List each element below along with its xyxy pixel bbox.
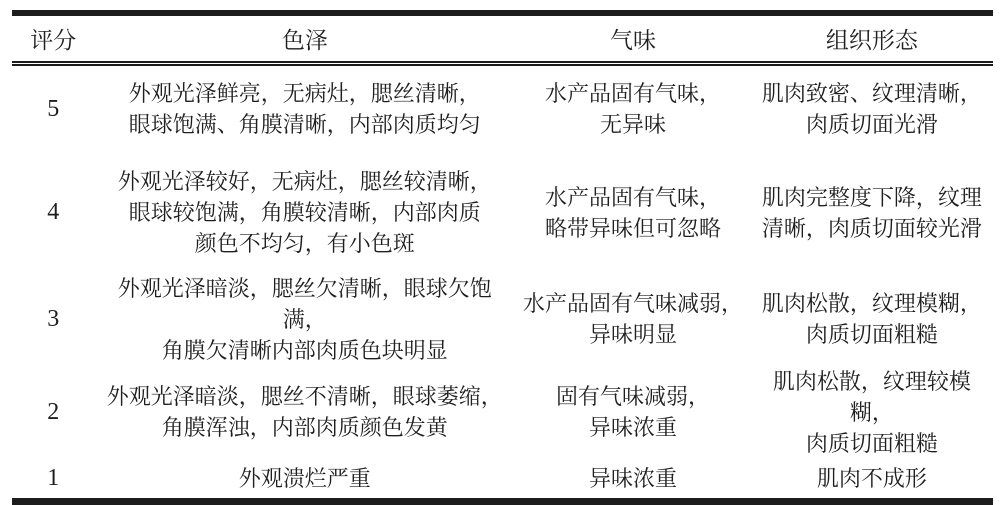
score-cell: 2 — [12, 366, 94, 459]
odor-cell: 水产品固有气味， 略带异味但可忽略 — [515, 153, 750, 273]
color-cell: 外观光泽暗淡，腮丝不清晰，眼球萎缩， 角膜浑浊，内部肉质颜色发黄 — [94, 366, 515, 459]
odor-cell: 水产品固有气味， 无异味 — [515, 64, 750, 153]
texture-cell: 肌肉不成形 — [751, 459, 993, 502]
table-row-score-5: 5 外观光泽鲜亮，无病灶，腮丝清晰， 眼球饱满、角膜清晰，内部肉质均匀 水产品固… — [12, 64, 993, 153]
header-cell-color: 色泽 — [94, 13, 515, 64]
color-cell: 外观溃烂严重 — [94, 459, 515, 502]
header-cell-score: 评分 — [12, 13, 94, 64]
table-row-score-1: 1 外观溃烂严重 异味浓重 肌肉不成形 — [12, 459, 993, 502]
header-cell-texture: 组织形态 — [751, 13, 993, 64]
table-row-score-4: 4 外观光泽较好，无病灶，腮丝较清晰， 眼球较饱满，角膜较清晰，内部肉质 颜色不… — [12, 153, 993, 273]
score-cell: 4 — [12, 153, 94, 273]
document-page: 评分 色泽 气味 组织形态 5 外观光泽鲜亮，无病灶，腮丝清晰， 眼球饱满、角膜… — [0, 0, 1005, 498]
score-cell: 1 — [12, 459, 94, 502]
texture-cell: 肌肉致密、纹理清晰， 肉质切面光滑 — [751, 64, 993, 153]
score-cell: 5 — [12, 64, 94, 153]
score-cell: 3 — [12, 273, 94, 366]
odor-cell: 固有气味减弱， 异味浓重 — [515, 366, 750, 459]
odor-cell: 水产品固有气味减弱， 异味明显 — [515, 273, 750, 366]
texture-cell: 肌肉松散，纹理模糊， 肉质切面粗糙 — [751, 273, 993, 366]
color-cell: 外观光泽暗淡，腮丝欠清晰，眼球欠饱满， 角膜欠清晰内部肉质色块明显 — [94, 273, 515, 366]
color-cell: 外观光泽较好，无病灶，腮丝较清晰， 眼球较饱满，角膜较清晰，内部肉质 颜色不均匀… — [94, 153, 515, 273]
odor-cell: 异味浓重 — [515, 459, 750, 502]
color-cell: 外观光泽鲜亮，无病灶，腮丝清晰， 眼球饱满、角膜清晰，内部肉质均匀 — [94, 64, 515, 153]
header-cell-odor: 气味 — [515, 13, 750, 64]
texture-cell: 肌肉松散，纹理较模糊， 肉质切面粗糙 — [751, 366, 993, 459]
table-header-row: 评分 色泽 气味 组织形态 — [12, 13, 993, 64]
texture-cell: 肌肉完整度下降，纹理 清晰，肉质切面较光滑 — [751, 153, 993, 273]
sensory-score-table: 评分 色泽 气味 组织形态 5 外观光泽鲜亮，无病灶，腮丝清晰， 眼球饱满、角膜… — [12, 10, 993, 505]
table-row-score-3: 3 外观光泽暗淡，腮丝欠清晰，眼球欠饱满， 角膜欠清晰内部肉质色块明显 水产品固… — [12, 273, 993, 366]
table-row-score-2: 2 外观光泽暗淡，腮丝不清晰，眼球萎缩， 角膜浑浊，内部肉质颜色发黄 固有气味减… — [12, 366, 993, 459]
